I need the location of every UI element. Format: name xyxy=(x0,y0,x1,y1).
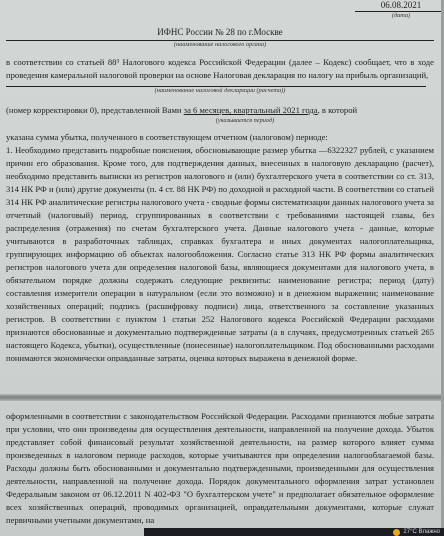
taskbar: 27°C Влажно xyxy=(144,528,444,536)
document-page: 06.08.2021 (дата) ИФНС России № 28 по г.… xyxy=(0,0,444,536)
tax-authority-caption: (наименование налогового органа) xyxy=(6,41,434,48)
period-suffix: , в которой xyxy=(318,105,358,115)
tax-authority-name: ИФНС России № 28 по г.Москве xyxy=(6,27,434,38)
weather-widget[interactable]: 27°C Влажно xyxy=(393,528,440,536)
intro-paragraph: в соответствии со статьей 88³ Налогового… xyxy=(6,56,434,82)
declaration-caption: (наименование налоговой декларации (расч… xyxy=(6,87,434,94)
continuation-paragraph: оформленными в соответствии с законодате… xyxy=(6,410,434,536)
document-date: 06.08.2021 xyxy=(355,0,444,10)
period-caption: (указывается период) xyxy=(190,117,300,124)
weather-text: 27°C Влажно xyxy=(403,529,440,535)
requirement-paragraph: 1. Необходимо представить подробные пояс… xyxy=(6,144,434,362)
date-caption: (дата) xyxy=(355,12,444,19)
loss-statement: указана сумма убытка, полученного в соот… xyxy=(6,131,434,144)
correction-text: (номер корректировки 0), представленной … xyxy=(6,105,184,115)
sun-icon xyxy=(393,529,400,536)
reporting-period: за 6 месяцев, квартальный 2021 года xyxy=(184,105,318,115)
page-separator xyxy=(0,394,444,401)
period-line: (номер корректировки 0), представленной … xyxy=(6,104,434,116)
